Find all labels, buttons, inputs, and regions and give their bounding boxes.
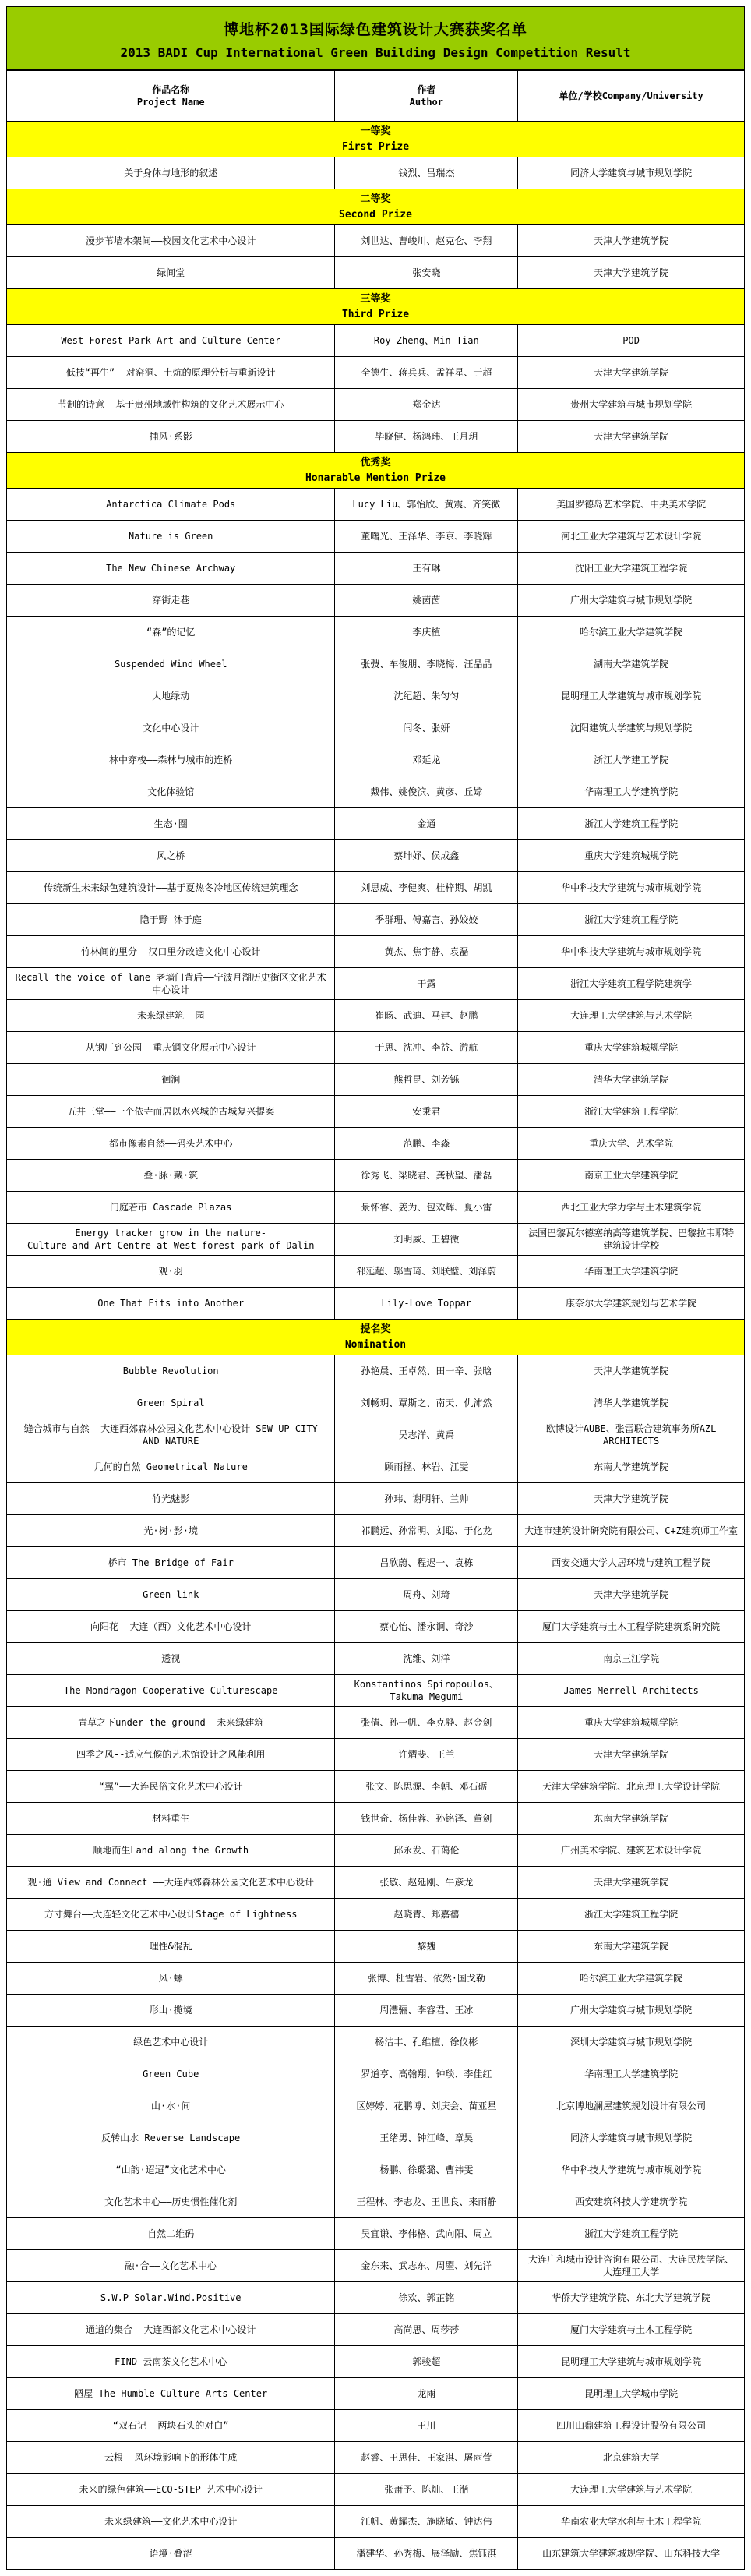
project-name-cell: 徊涧: [7, 1064, 335, 1096]
project-name-cell: 都市像素自然——码头艺术中心: [7, 1128, 335, 1160]
author-cell: Konstantinos Spiropoulos、Takuma Megumi: [335, 1675, 518, 1707]
author-cell: 黎魏: [335, 1931, 518, 1963]
company-cell: 南京工业大学建筑学院: [518, 1160, 745, 1192]
company-cell: 西北工业大学力学与土木建筑学院: [518, 1192, 745, 1224]
author-cell: 张敏、赵延刚、牛彦龙: [335, 1867, 518, 1899]
table-row: 绿间堂张安晓天津大学建筑学院: [7, 257, 745, 289]
company-cell: 华南理工大学建筑学院: [518, 2058, 745, 2090]
company-cell: 西安交通大学人居环境与建筑工程学院: [518, 1547, 745, 1579]
company-cell: 华南农业大学水利与土木工程学院: [518, 2506, 745, 2538]
project-name-cell: 方寸舞台——大连轻文化艺术中心设计Stage of Lightness: [7, 1899, 335, 1931]
table-row: The Mondragon Cooperative CulturescapeKo…: [7, 1675, 745, 1707]
col-header-project-name: 作品名称Project Name: [7, 71, 335, 122]
project-name-cell: FIND—云南茶文化艺术中心: [7, 2346, 335, 2378]
section-title-en: Nomination: [9, 1338, 742, 1352]
project-name-cell: 文化艺术中心——历史惯性催化剂: [7, 2186, 335, 2218]
table-row: 光·树·影·境祁鹏远、孙常明、刘聪、于化龙大连市建筑设计研究院有限公司、C+Z建…: [7, 1515, 745, 1547]
company-cell: 华南理工大学建筑学院: [518, 776, 745, 808]
table-row: 穿街走巷姚茵茵广州大学建筑与城市规划学院: [7, 585, 745, 617]
author-cell: 金东来、武志东、周曌、刘先洋: [335, 2250, 518, 2282]
table-row: 绿色艺术中心设计杨洁丰、孔维檀、徐仪彬深圳大学建筑与城市规划学院: [7, 2027, 745, 2058]
table-row: 山·水·间区婷婷、花鹏博、刘庆会、苗亚星北京博地澜屋建筑规划设计有限公司: [7, 2090, 745, 2122]
table-row: FIND—云南茶文化艺术中心郭骏超昆明理工大学建筑与城市规划学院: [7, 2346, 745, 2378]
table-row: 门庭若市 Cascade Plazas景怀睿、姜为、包欢辉、夏小雷西北工业大学力…: [7, 1192, 745, 1224]
company-cell: James Merrell Architects: [518, 1675, 745, 1707]
company-cell: 清华大学建筑学院: [518, 1064, 745, 1096]
table-row: 从钢厂到公园——重庆钢文化展示中心设计于思、沈冲、李益、游航重庆大学建筑城规学院: [7, 1032, 745, 1064]
author-cell: Lily-Love Toppar: [335, 1288, 518, 1320]
company-cell: 东南大学建筑学院: [518, 1803, 745, 1835]
company-cell: 大连广和城市设计咨询有限公司、大连民族学院、大连理工大学: [518, 2250, 745, 2282]
project-name-cell: “森”的记忆: [7, 617, 335, 648]
project-name-cell: Nature is Green: [7, 521, 335, 553]
page-title-zh: 博地杯2013国际绿色建筑设计大赛获奖名单: [10, 18, 741, 39]
project-name-cell: 四季之风--适应气候的艺术馆设计之风能利用: [7, 1739, 335, 1771]
col-header-company-university-label: 单位/学校Company/University: [524, 90, 738, 102]
project-name-cell: 几何的自然 Geometrical Nature: [7, 1451, 335, 1483]
project-name-cell: 大地绿动: [7, 680, 335, 712]
section-title-zh: 一等奖: [9, 125, 742, 139]
section-title: 提名奖Nomination: [7, 1320, 745, 1355]
author-cell: 闫冬、张妍: [335, 712, 518, 744]
author-cell: 钱世奇、杨佳蓉、孙铭泽、董剑: [335, 1803, 518, 1835]
page-title-en: 2013 BADI Cup International Green Buildi…: [10, 45, 741, 60]
author-cell: 潘建华、孙秀梅、展泽励、焦钰淇: [335, 2538, 518, 2570]
project-name-cell: Recall the voice of lane 老墙门背后——宁波月湖历史街区…: [7, 968, 335, 1000]
author-cell: 区婷婷、花鹏博、刘庆会、苗亚星: [335, 2090, 518, 2122]
company-cell: POD: [518, 325, 745, 357]
author-cell: 刘畅玥、覃斯之、南天、仇沛然: [335, 1387, 518, 1419]
project-name-cell: 透视: [7, 1643, 335, 1675]
author-cell: 蔡坤妤、侯成鑫: [335, 840, 518, 872]
project-name-cell: 青草之下under the ground——未来绿建筑: [7, 1707, 335, 1739]
author-cell: 熊哲昆、刘芳铄: [335, 1064, 518, 1096]
table-row: The New Chinese Archway王有琳沈阳工业大学建筑工程学院: [7, 553, 745, 585]
company-cell: 北京博地澜屋建筑规划设计有限公司: [518, 2090, 745, 2122]
company-cell: 浙江大学建筑工程学院: [518, 2218, 745, 2250]
section-title-zh: 三等奖: [9, 292, 742, 306]
company-cell: 大连市建筑设计研究院有限公司、C+Z建筑师工作室: [518, 1515, 745, 1547]
section-title: 一等奖First Prize: [7, 122, 745, 157]
author-cell: 徐欢、郭芷铭: [335, 2282, 518, 2314]
project-name-cell: 从钢厂到公园——重庆钢文化展示中心设计: [7, 1032, 335, 1064]
project-name-cell: 观·通 View and Connect ——大连西郊森林公园文化艺术中心设计: [7, 1867, 335, 1899]
title-band: 博地杯2013国际绿色建筑设计大赛获奖名单 2013 BADI Cup Inte…: [6, 6, 745, 70]
company-cell: 华中科技大学建筑与城市规划学院: [518, 872, 745, 904]
company-cell: 浙江大学建筑工程学院: [518, 1899, 745, 1931]
table-row: One That Fits into AnotherLily-Love Topp…: [7, 1288, 745, 1320]
company-cell: 浙江大学建筑工程学院建筑学: [518, 968, 745, 1000]
project-name-cell: 语境·叠涩: [7, 2538, 335, 2570]
company-cell: 西安建筑科技大学建筑学院: [518, 2186, 745, 2218]
company-cell: 天津大学建筑学院: [518, 1739, 745, 1771]
author-cell: 刘思威、李健爽、桂梓期、胡凯: [335, 872, 518, 904]
company-cell: 华南理工大学建筑学院: [518, 1256, 745, 1288]
project-name-cell: 竹林间的里分——汉口里分改造文化中心设计: [7, 936, 335, 968]
col-header-project-name-en: Project Name: [13, 96, 328, 108]
project-name-cell: 传统新生未来绿色建筑设计——基于夏热冬冷地区传统建筑理念: [7, 872, 335, 904]
project-name-cell: 缝合城市与自然--大连西郊森林公园文化艺术中心设计 SEW UP CITY AN…: [7, 1419, 335, 1451]
author-cell: 董曙光、王泽华、李京、李晓辉: [335, 521, 518, 553]
table-row: Antarctica Climate PodsLucy Liu、郭怡欣、黄震、齐…: [7, 489, 745, 521]
company-cell: 华中科技大学建筑与城市规划学院: [518, 2154, 745, 2186]
table-row: West Forest Park Art and Culture CenterR…: [7, 325, 745, 357]
company-cell: 华侨大学建筑学院、东北大学建筑学院: [518, 2282, 745, 2314]
col-header-author-en: Author: [341, 96, 511, 108]
project-name-cell: 关于身体与地形的叙述: [7, 157, 335, 189]
author-cell: 蔡心怡、潘永诇、奇沙: [335, 1611, 518, 1643]
project-name-cell: “山韵·迢迢”文化艺术中心: [7, 2154, 335, 2186]
company-cell: 浙江大学建工学院: [518, 744, 745, 776]
company-cell: 天津大学建筑学院: [518, 1483, 745, 1515]
author-cell: 吴志洋、黄禹: [335, 1419, 518, 1451]
company-cell: 厦门大学建筑与土木工程学院建筑系研究院: [518, 1611, 745, 1643]
table-row: 通道的集合——大连西部文化艺术中心设计高尚思、周莎莎厦门大学建筑与土木工程学院: [7, 2314, 745, 2346]
table-row: 几何的自然 Geometrical Nature顾雨拯、林岩、江雯东南大学建筑学…: [7, 1451, 745, 1483]
author-cell: 王绪男、钟江峰、章昊: [335, 2122, 518, 2154]
table-row: 观·通 View and Connect ——大连西郊森林公园文化艺术中心设计张…: [7, 1867, 745, 1899]
table-row: 形山·揽境周澧骊、李容君、王冰广州大学建筑与城市规划学院: [7, 1995, 745, 2027]
section-title: 优秀奖Honarable Mention Prize: [7, 453, 745, 489]
table-row: 林中穿梭——森林与城市的连桥邓延龙浙江大学建工学院: [7, 744, 745, 776]
table-row: 未来的绿色建筑——ECO-STEP 艺术中心设计张萧予、陈灿、王湉大连理工大学建…: [7, 2474, 745, 2506]
project-name-cell: 穿街走巷: [7, 585, 335, 617]
author-cell: 许熠斐、王兰: [335, 1739, 518, 1771]
table-row: 融·合——文化艺术中心金东来、武志东、周曌、刘先洋大连广和城市设计咨询有限公司、…: [7, 2250, 745, 2282]
section-title-zh: 优秀奖: [9, 456, 742, 470]
results-table: 作品名称Project Name 作者Author 单位/学校Company/U…: [6, 70, 745, 2570]
author-cell: 范鹏、李淼: [335, 1128, 518, 1160]
project-name-cell: 陋屋 The Humble Culture Arts Center: [7, 2378, 335, 2410]
author-cell: 戴伟、姚俊滨、黄彦、丘嫦: [335, 776, 518, 808]
author-cell: 郭骏超: [335, 2346, 518, 2378]
company-cell: 浙江大学建筑工程学院: [518, 904, 745, 936]
author-cell: 周澧骊、李容君、王冰: [335, 1995, 518, 2027]
table-row: 顺地而生Land along the Growth邱永发、石蔼伦广州美术学院、建…: [7, 1835, 745, 1867]
author-cell: 毕晓健、杨鸿玮、王月玥: [335, 421, 518, 453]
section-title-zh: 二等奖: [9, 193, 742, 207]
company-cell: 大连理工大学建筑与艺术学院: [518, 1000, 745, 1032]
award-list-page: 博地杯2013国际绿色建筑设计大赛获奖名单 2013 BADI Cup Inte…: [0, 0, 751, 2576]
project-name-cell: 未来绿建筑——文化艺术中心设计: [7, 2506, 335, 2538]
table-row: 文化体验馆戴伟、姚俊滨、黄彦、丘嫦华南理工大学建筑学院: [7, 776, 745, 808]
table-row: 漫步苇墙木架间——校园文化艺术中心设计刘世达、曹峻川、赵克仑、李翔天津大学建筑学…: [7, 225, 745, 257]
author-cell: 张文、陈思源、李朝、邓石砺: [335, 1771, 518, 1803]
author-cell: 干露: [335, 968, 518, 1000]
author-cell: 钱烈、吕瑞杰: [335, 157, 518, 189]
author-cell: 杨洁丰、孔维檀、徐仪彬: [335, 2027, 518, 2058]
company-cell: 昆明理工大学城市学院: [518, 2378, 745, 2410]
author-cell: 江帆、黄耀杰、施晓敏、钟达伟: [335, 2506, 518, 2538]
table-row: 材料重生钱世奇、杨佳蓉、孙铭泽、董剑东南大学建筑学院: [7, 1803, 745, 1835]
author-cell: 周舟、刘琦: [335, 1579, 518, 1611]
author-cell: 张博、杜雪岩、依然·国戈勒: [335, 1963, 518, 1995]
author-cell: Lucy Liu、郭怡欣、黄震、齐笑微: [335, 489, 518, 521]
section-title-en: First Prize: [9, 140, 742, 154]
company-cell: 北京建筑大学: [518, 2442, 745, 2474]
table-row: 方寸舞台——大连轻文化艺术中心设计Stage of Lightness赵晓青、郑…: [7, 1899, 745, 1931]
author-cell: 李庆植: [335, 617, 518, 648]
table-row: 都市像素自然——码头艺术中心范鹏、李淼重庆大学、艺术学院: [7, 1128, 745, 1160]
company-cell: 南京三江学院: [518, 1643, 745, 1675]
project-name-cell: Green Spiral: [7, 1387, 335, 1419]
author-cell: 罗道亨、高翰翔、钟琰、李佳红: [335, 2058, 518, 2090]
author-cell: 张弢、车俊朋、李晓梅、汪晶晶: [335, 648, 518, 680]
company-cell: 华中科技大学建筑与城市规划学院: [518, 936, 745, 968]
project-name-cell: 形山·揽境: [7, 1995, 335, 2027]
author-cell: 张安晓: [335, 257, 518, 289]
author-cell: 景怀睿、姜为、包欢辉、夏小雷: [335, 1192, 518, 1224]
section-title: 二等奖Second Prize: [7, 189, 745, 225]
author-cell: 杨鹏、徐璐璐、曹祎雯: [335, 2154, 518, 2186]
project-name-cell: 理性&混乱: [7, 1931, 335, 1963]
project-name-cell: 节制的诗意——基于贵州地域性构筑的文化艺术展示中心: [7, 389, 335, 421]
table-row: 透视沈维、刘洋南京三江学院: [7, 1643, 745, 1675]
table-row: 未来绿建筑——园崔旸、武迪、马建、赵鹏大连理工大学建筑与艺术学院: [7, 1000, 745, 1032]
table-row: Suspended Wind Wheel张弢、车俊朋、李晓梅、汪晶晶湖南大学建筑…: [7, 648, 745, 680]
company-cell: 浙江大学建筑工程学院: [518, 1096, 745, 1128]
project-name-cell: 漫步苇墙木架间——校园文化艺术中心设计: [7, 225, 335, 257]
project-name-cell: Energy tracker grow in the nature- Cultu…: [7, 1224, 335, 1256]
project-name-cell: 低技“再生”——对窑洞、土炕的原理分析与重新设计: [7, 357, 335, 389]
table-row: 语境·叠涩潘建华、孙秀梅、展泽励、焦钰淇山东建筑大学建筑城规学院、山东科技大学: [7, 2538, 745, 2570]
project-name-cell: 通道的集合——大连西部文化艺术中心设计: [7, 2314, 335, 2346]
section-title: 三等奖Third Prize: [7, 289, 745, 325]
results-table-body: 一等奖First Prize关于身体与地形的叙述钱烈、吕瑞杰同济大学建筑与城市规…: [7, 122, 745, 2570]
company-cell: 天津大学建筑学院: [518, 357, 745, 389]
section-title-zh: 提名奖: [9, 1323, 742, 1337]
author-cell: 沈维、刘洋: [335, 1643, 518, 1675]
company-cell: 法国巴黎瓦尔德塞纳高等建筑学院、巴黎拉韦耶特建筑设计学校: [518, 1224, 745, 1256]
author-cell: 黄杰、焦宇静、袁磊: [335, 936, 518, 968]
section-header-row: 提名奖Nomination: [7, 1320, 745, 1355]
project-name-cell: 风·螺: [7, 1963, 335, 1995]
table-row: 隐于野 沐于庭季群珊、傅嘉言、孙姣姣浙江大学建筑工程学院: [7, 904, 745, 936]
company-cell: 清华大学建筑学院: [518, 1387, 745, 1419]
table-row: 反转山水 Reverse Landscape王绪男、钟江峰、章昊同济大学建筑与城…: [7, 2122, 745, 2154]
project-name-cell: Green link: [7, 1579, 335, 1611]
section-header-row: 三等奖Third Prize: [7, 289, 745, 325]
company-cell: 美国罗德岛艺术学院、中央美术学院: [518, 489, 745, 521]
table-row: 陋屋 The Humble Culture Arts Center龙雨昆明理工大…: [7, 2378, 745, 2410]
company-cell: 康奈尔大学建筑规划与艺术学院: [518, 1288, 745, 1320]
author-cell: 郑金达: [335, 389, 518, 421]
company-cell: 昆明理工大学建筑与城市规划学院: [518, 680, 745, 712]
section-header-row: 优秀奖Honarable Mention Prize: [7, 453, 745, 489]
project-name-cell: 向阳花——大连（西）文化艺术中心设计: [7, 1611, 335, 1643]
table-row: 传统新生未来绿色建筑设计——基于夏热冬冷地区传统建筑理念刘思威、李健爽、桂梓期、…: [7, 872, 745, 904]
company-cell: 贵州大学建筑与城市规划学院: [518, 389, 745, 421]
author-cell: 王程林、李志龙、王世良、来雨静: [335, 2186, 518, 2218]
col-header-author-zh: 作者: [341, 83, 511, 96]
table-row: 生态·圈金通浙江大学建筑工程学院: [7, 808, 745, 840]
project-name-cell: 山·水·间: [7, 2090, 335, 2122]
project-name-cell: 反转山水 Reverse Landscape: [7, 2122, 335, 2154]
table-row: 理性&混乱黎魏东南大学建筑学院: [7, 1931, 745, 1963]
company-cell: 同济大学建筑与城市规划学院: [518, 157, 745, 189]
company-cell: 天津大学建筑学院: [518, 421, 745, 453]
table-row: 关于身体与地形的叙述钱烈、吕瑞杰同济大学建筑与城市规划学院: [7, 157, 745, 189]
project-name-cell: Green Cube: [7, 2058, 335, 2090]
table-row: 竹林间的里分——汉口里分改造文化中心设计黄杰、焦宇静、袁磊华中科技大学建筑与城市…: [7, 936, 745, 968]
table-row: Bubble Revolution孙艳晨、王卓然、田一辛、张晗天津大学建筑学院: [7, 1355, 745, 1387]
project-name-cell: 生态·圈: [7, 808, 335, 840]
author-cell: 孙艳晨、王卓然、田一辛、张晗: [335, 1355, 518, 1387]
company-cell: 广州美术学院、建筑艺术设计学院: [518, 1835, 745, 1867]
project-name-cell: “双石记——两块石头的对白”: [7, 2410, 335, 2442]
project-name-cell: 竹光魅影: [7, 1483, 335, 1515]
table-row: 青草之下under the ground——未来绿建筑张倩、孙一帆、李克骅、赵金…: [7, 1707, 745, 1739]
company-cell: 沈阳建筑大学建筑与规划学院: [518, 712, 745, 744]
project-name-cell: 门庭若市 Cascade Plazas: [7, 1192, 335, 1224]
project-name-cell: 绿色艺术中心设计: [7, 2027, 335, 2058]
author-cell: 祁鹏远、孙常明、刘聪、于化龙: [335, 1515, 518, 1547]
table-row: Green Spiral刘畅玥、覃斯之、南天、仇沛然清华大学建筑学院: [7, 1387, 745, 1419]
author-cell: 赵睿、王思佳、王家淇、屠雨萱: [335, 2442, 518, 2474]
company-cell: 哈尔滨工业大学建筑学院: [518, 1963, 745, 1995]
company-cell: 四川山鼎建筑工程设计股份有限公司: [518, 2410, 745, 2442]
project-name-cell: “翼”——大连民俗文化艺术中心设计: [7, 1771, 335, 1803]
table-row: 风之桥蔡坤妤、侯成鑫重庆大学建筑城规学院: [7, 840, 745, 872]
table-row: 自然二维码吴宜谦、李伟格、武向阳、周立浙江大学建筑工程学院: [7, 2218, 745, 2250]
company-cell: 天津大学建筑学院: [518, 257, 745, 289]
project-name-cell: 捕风·系影: [7, 421, 335, 453]
project-name-cell: 五井三堂——一个依寺而居以水兴城的古城复兴提案: [7, 1096, 335, 1128]
col-header-project-name-zh: 作品名称: [13, 83, 328, 96]
table-row: 观·羽郗延超、邬雪琦、刘联璧、刘泽蔚华南理工大学建筑学院: [7, 1256, 745, 1288]
author-cell: 季群珊、傅嘉言、孙姣姣: [335, 904, 518, 936]
author-cell: 张倩、孙一帆、李克骅、赵金剑: [335, 1707, 518, 1739]
author-cell: 刘明威、王碧微: [335, 1224, 518, 1256]
table-row: “翼”——大连民俗文化艺术中心设计张文、陈思源、李朝、邓石砺天津大学建筑学院、北…: [7, 1771, 745, 1803]
project-name-cell: Antarctica Climate Pods: [7, 489, 335, 521]
project-name-cell: 绿间堂: [7, 257, 335, 289]
project-name-cell: 云根——风环境影响下的形体生成: [7, 2442, 335, 2474]
author-cell: 刘世达、曹峻川、赵克仑、李翔: [335, 225, 518, 257]
company-cell: 欧博设计AUBE、张雷联合建筑事务所AZL ARCHITECTS: [518, 1419, 745, 1451]
project-name-cell: One That Fits into Another: [7, 1288, 335, 1320]
table-row: 节制的诗意——基于贵州地域性构筑的文化艺术展示中心郑金达贵州大学建筑与城市规划学…: [7, 389, 745, 421]
project-name-cell: The New Chinese Archway: [7, 553, 335, 585]
company-cell: 深圳大学建筑与城市规划学院: [518, 2027, 745, 2058]
table-row: “森”的记忆李庆植哈尔滨工业大学建筑学院: [7, 617, 745, 648]
company-cell: 重庆大学、艺术学院: [518, 1128, 745, 1160]
project-name-cell: S.W.P Solar.Wind.Positive: [7, 2282, 335, 2314]
author-cell: 崔旸、武迪、马建、赵鹏: [335, 1000, 518, 1032]
author-cell: 吕欣蔚、程迟一、袁栋: [335, 1547, 518, 1579]
company-cell: 同济大学建筑与城市规划学院: [518, 2122, 745, 2154]
author-cell: 徐秀飞、梁晓君、龚秋望、潘磊: [335, 1160, 518, 1192]
table-row: 文化艺术中心——历史惯性催化剂王程林、李志龙、王世良、来雨静西安建筑科技大学建筑…: [7, 2186, 745, 2218]
project-name-cell: 桥市 The Bridge of Fair: [7, 1547, 335, 1579]
company-cell: 广州大学建筑与城市规划学院: [518, 585, 745, 617]
table-row: Green Cube罗道亨、高翰翔、钟琰、李佳红华南理工大学建筑学院: [7, 2058, 745, 2090]
project-name-cell: Suspended Wind Wheel: [7, 648, 335, 680]
project-name-cell: The Mondragon Cooperative Culturescape: [7, 1675, 335, 1707]
company-cell: 哈尔滨工业大学建筑学院: [518, 617, 745, 648]
author-cell: 邓延龙: [335, 744, 518, 776]
author-cell: 王有琳: [335, 553, 518, 585]
author-cell: 郗延超、邬雪琦、刘联璧、刘泽蔚: [335, 1256, 518, 1288]
table-row: “双石记——两块石头的对白”王川四川山鼎建筑工程设计股份有限公司: [7, 2410, 745, 2442]
company-cell: 山东建筑大学建筑城规学院、山东科技大学: [518, 2538, 745, 2570]
author-cell: 姚茵茵: [335, 585, 518, 617]
col-header-company-university: 单位/学校Company/University: [518, 71, 745, 122]
company-cell: 厦门大学建筑与土木工程学院: [518, 2314, 745, 2346]
table-row: 未来绿建筑——文化艺术中心设计江帆、黄耀杰、施晓敏、钟达伟华南农业大学水利与土木…: [7, 2506, 745, 2538]
author-cell: 张萧予、陈灿、王湉: [335, 2474, 518, 2506]
section-title-en: Third Prize: [9, 308, 742, 322]
project-name-cell: West Forest Park Art and Culture Center: [7, 325, 335, 357]
table-row: S.W.P Solar.Wind.Positive徐欢、郭芷铭华侨大学建筑学院、…: [7, 2282, 745, 2314]
project-name-cell: Bubble Revolution: [7, 1355, 335, 1387]
company-cell: 浙江大学建筑工程学院: [518, 808, 745, 840]
table-row: 文化中心设计闫冬、张妍沈阳建筑大学建筑与规划学院: [7, 712, 745, 744]
author-cell: 全德生、蒋兵兵、孟祥星、于超: [335, 357, 518, 389]
table-row: 风·螺张博、杜雪岩、依然·国戈勒哈尔滨工业大学建筑学院: [7, 1963, 745, 1995]
author-cell: 龙雨: [335, 2378, 518, 2410]
author-cell: 于思、沈冲、李益、游航: [335, 1032, 518, 1064]
company-cell: 沈阳工业大学建筑工程学院: [518, 553, 745, 585]
table-row: Recall the voice of lane 老墙门背后——宁波月湖历史街区…: [7, 968, 745, 1000]
table-row: 大地绿动沈纪超、朱匀匀昆明理工大学建筑与城市规划学院: [7, 680, 745, 712]
table-row: 竹光魅影孙玮、谢明轩、兰帅天津大学建筑学院: [7, 1483, 745, 1515]
project-name-cell: 材料重生: [7, 1803, 335, 1835]
company-cell: 天津大学建筑学院: [518, 1355, 745, 1387]
company-cell: 大连理工大学建筑与艺术学院: [518, 2474, 745, 2506]
company-cell: 天津大学建筑学院: [518, 225, 745, 257]
author-cell: 沈纪超、朱匀匀: [335, 680, 518, 712]
author-cell: 安秉君: [335, 1096, 518, 1128]
company-cell: 昆明理工大学建筑与城市规划学院: [518, 2346, 745, 2378]
company-cell: 重庆大学建筑城规学院: [518, 840, 745, 872]
table-row: 缝合城市与自然--大连西郊森林公园文化艺术中心设计 SEW UP CITY AN…: [7, 1419, 745, 1451]
author-cell: 吴宜谦、李伟格、武向阳、周立: [335, 2218, 518, 2250]
company-cell: 重庆大学建筑城规学院: [518, 1032, 745, 1064]
author-cell: 孙玮、谢明轩、兰帅: [335, 1483, 518, 1515]
section-title-en: Second Prize: [9, 208, 742, 222]
project-name-cell: 风之桥: [7, 840, 335, 872]
table-row: “山韵·迢迢”文化艺术中心杨鹏、徐璐璐、曹祎雯华中科技大学建筑与城市规划学院: [7, 2154, 745, 2186]
company-cell: 湖南大学建筑学院: [518, 648, 745, 680]
table-row: 云根——风环境影响下的形体生成赵睿、王思佳、王家淇、屠雨萱北京建筑大学: [7, 2442, 745, 2474]
company-cell: 天津大学建筑学院: [518, 1867, 745, 1899]
table-row: 桥市 The Bridge of Fair吕欣蔚、程迟一、袁栋西安交通大学人居环…: [7, 1547, 745, 1579]
project-name-cell: 隐于野 沐于庭: [7, 904, 335, 936]
project-name-cell: 光·树·影·境: [7, 1515, 335, 1547]
company-cell: 重庆大学建筑城规学院: [518, 1707, 745, 1739]
table-row: 五井三堂——一个依寺而居以水兴城的古城复兴提案安秉君浙江大学建筑工程学院: [7, 1096, 745, 1128]
project-name-cell: 叠·脉·藏·筑: [7, 1160, 335, 1192]
author-cell: 邱永发、石蔼伦: [335, 1835, 518, 1867]
table-row: Energy tracker grow in the nature- Cultu…: [7, 1224, 745, 1256]
column-header-row: 作品名称Project Name 作者Author 单位/学校Company/U…: [7, 71, 745, 122]
author-cell: 王川: [335, 2410, 518, 2442]
company-cell: 广州大学建筑与城市规划学院: [518, 1995, 745, 2027]
table-row: 叠·脉·藏·筑徐秀飞、梁晓君、龚秋望、潘磊南京工业大学建筑学院: [7, 1160, 745, 1192]
project-name-cell: 未来绿建筑——园: [7, 1000, 335, 1032]
author-cell: 金通: [335, 808, 518, 840]
table-row: 低技“再生”——对窑洞、土炕的原理分析与重新设计全德生、蒋兵兵、孟祥星、于超天津…: [7, 357, 745, 389]
table-row: 捕风·系影毕晓健、杨鸿玮、王月玥天津大学建筑学院: [7, 421, 745, 453]
project-name-cell: 融·合——文化艺术中心: [7, 2250, 335, 2282]
section-header-row: 一等奖First Prize: [7, 122, 745, 157]
table-row: 四季之风--适应气候的艺术馆设计之风能利用许熠斐、王兰天津大学建筑学院: [7, 1739, 745, 1771]
col-header-author: 作者Author: [335, 71, 518, 122]
company-cell: 东南大学建筑学院: [518, 1451, 745, 1483]
project-name-cell: 顺地而生Land along the Growth: [7, 1835, 335, 1867]
author-cell: 顾雨拯、林岩、江雯: [335, 1451, 518, 1483]
